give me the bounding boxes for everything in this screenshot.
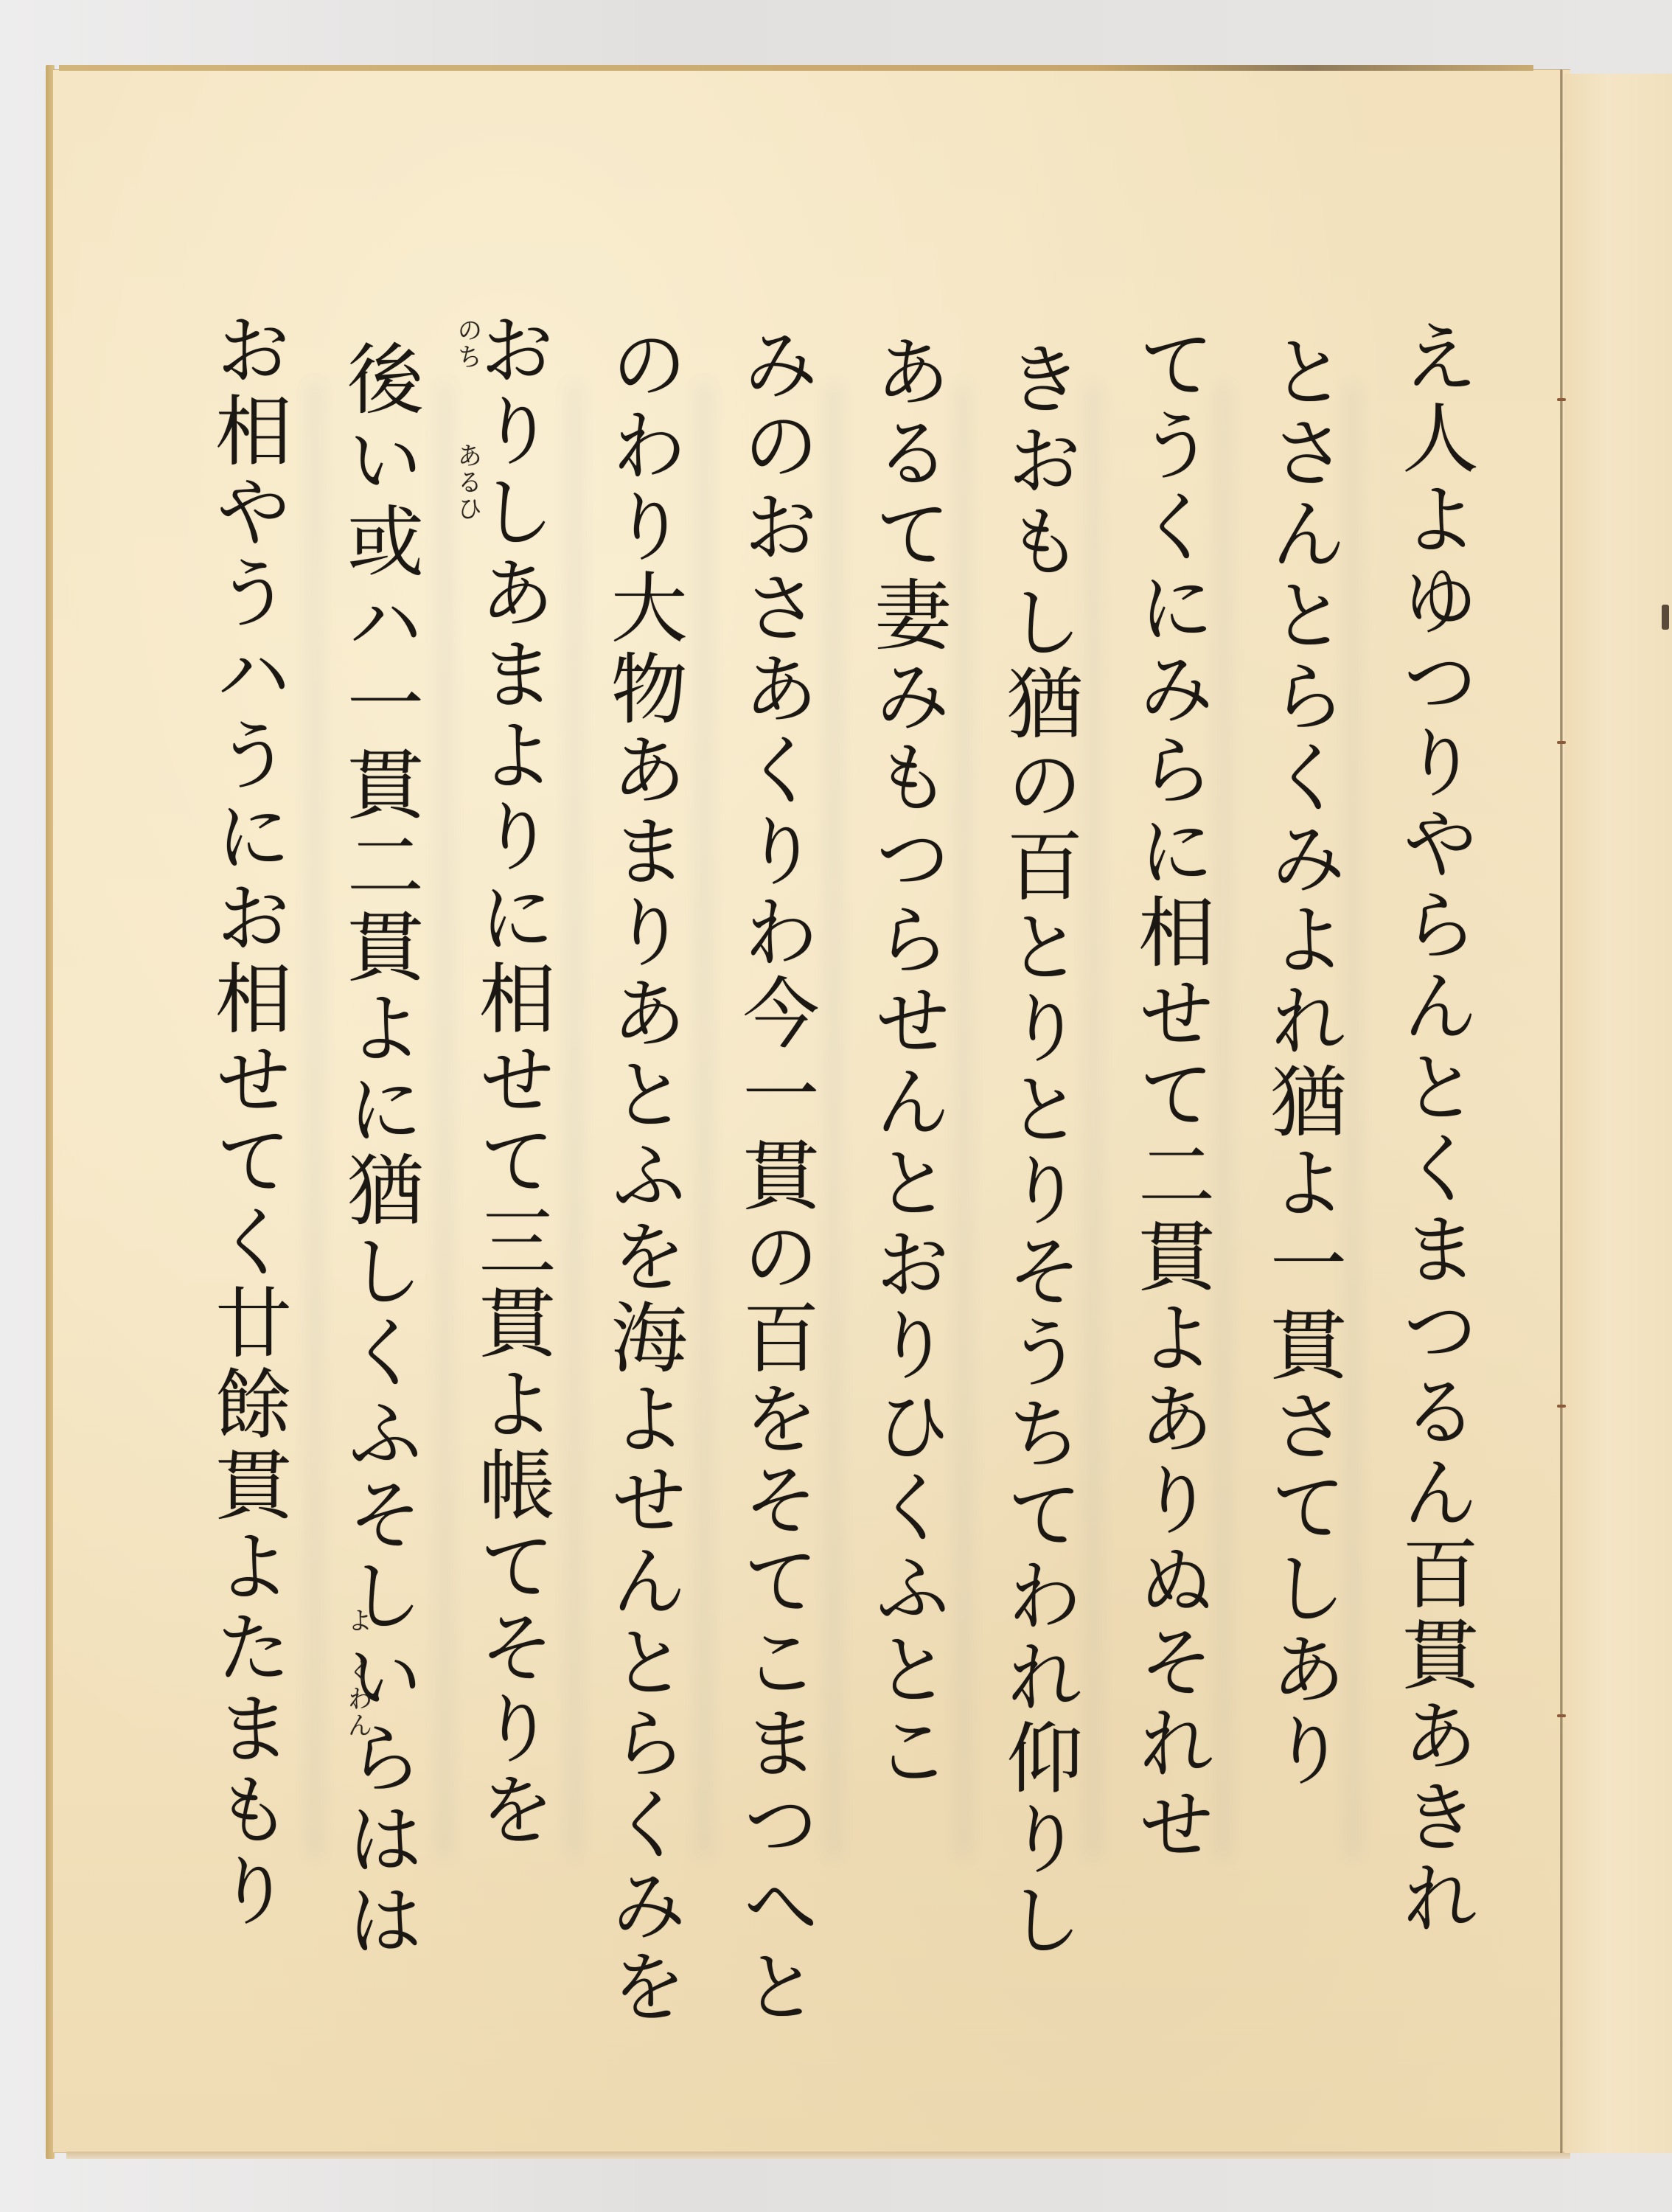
binding-fold [1560, 69, 1563, 2153]
ruby-annotation: くわん [302, 1659, 413, 1739]
adjacent-page [1564, 74, 1672, 2153]
binding-stitch-hole [1557, 398, 1566, 401]
text-column-10: お相やうハうにお相せてく廿餘貫よたまもり よ くわん [192, 310, 302, 1784]
text-column-4: きおもし猶の百とりとりそうちてわれ仰りし [983, 339, 1093, 1784]
binding-stitch-hole [1557, 1714, 1566, 1717]
manuscript-text: え人よゆつりやらんとくまつるん百貫あきれ とさんとらくみよれ猶よ一貫さてしあり … [192, 310, 1489, 1784]
ruby-annotation: よ [302, 1607, 413, 1634]
text-column-9: 後い或ハ一貫二貫よに猶しくふそしいらはは のち あるひ [324, 339, 434, 1784]
text-column-8: おりしあまよりに相せて三貫よ帳てそりを [456, 310, 566, 1784]
ruby-annotation: のち [412, 317, 523, 370]
binding-stitch-hole [1557, 1405, 1566, 1408]
binding-stitch-hole [1557, 741, 1566, 744]
ruby-annotation: あるひ [412, 442, 523, 522]
text-column-5: あるて妻みもつらせんとおりひくふとこ [851, 332, 961, 1784]
column-10-text: お相やうハうにお相せてく廿餘貫よたまもり [202, 310, 292, 1932]
page-bottom-edge [66, 2152, 1570, 2159]
text-column-7: のわり大物あまりあとふを海よせんとらくみを [588, 324, 698, 1784]
text-column-1: え人よゆつりやらんとくまつるん百貫あきれ [1379, 317, 1489, 1784]
text-column-6: みのおさあくりわ今一貫の百をそてこまつへと [720, 324, 830, 1784]
text-column-2: とさんとらくみよれ猶よ一貫さてしあり [1247, 332, 1357, 1784]
text-column-3: てうくにみらに相せて二貫よありぬそれせ [1115, 324, 1225, 1784]
page-top-edge [59, 65, 1533, 71]
adjacent-page-ink-mark [1662, 605, 1669, 630]
